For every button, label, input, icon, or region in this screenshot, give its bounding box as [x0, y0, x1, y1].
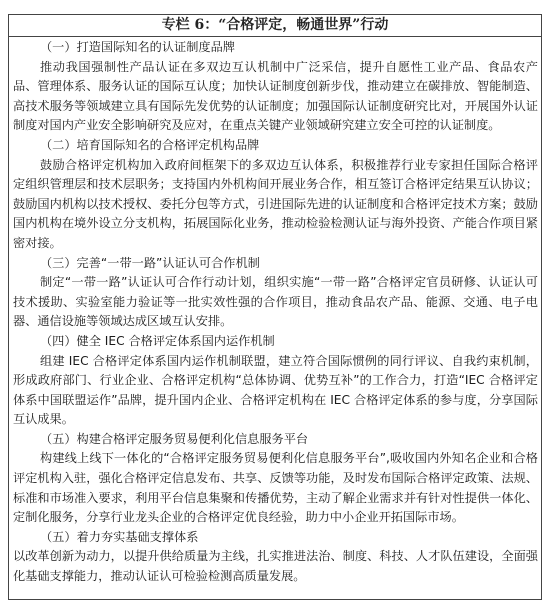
section-body-5: 构建线上线下一体化的“合格评定服务贸易便利化信息服务平台”,吸收国内外知名企业和… [13, 449, 538, 527]
section-body-3: 制定“一带一路”认证认可合作行动计划，组织实施“一带一路”合格评定官员研修、认证… [13, 273, 538, 332]
section-heading-6: （五）着力夯实基础支撑体系 [13, 528, 538, 548]
section-heading-1: （一）打造国际知名的认证制度品牌 [13, 38, 538, 58]
section-heading-2: （二）培育国际知名的合格评定机构品牌 [13, 136, 538, 156]
column-title: 专栏 6：“合格评定，畅通世界”行动 [9, 15, 541, 37]
section-body-1: 推动我国强制性产品认证在多双边互认机制中广泛采信，提升自愿性工业产品、食品农产品… [13, 58, 538, 136]
section-body-6: 以改革创新为动力，以提升供给质量为主线，扎实推进法治、制度、科技、人才队伍建设，… [13, 547, 538, 586]
section-body-4: 组建 IEC 合格评定体系国内运作机制联盟，建立符合国际惯例的同行评议、自我约束… [13, 352, 538, 430]
section-body-2: 鼓励合格评定机构加入政府间框架下的多双边互认体系，积极推荐行业专家担任国际合格评… [13, 156, 538, 254]
column-box: 专栏 6：“合格评定，畅通世界”行动 （一）打造国际知名的认证制度品牌 推动我国… [8, 14, 542, 600]
section-heading-3: （三）完善“一带一路”认证认可合作机制 [13, 254, 538, 274]
section-heading-5: （五）构建合格评定服务贸易便利化信息服务平台 [13, 430, 538, 450]
column-content: （一）打造国际知名的认证制度品牌 推动我国强制性产品认证在多双边互认机制中广泛采… [9, 37, 541, 587]
section-heading-4: （四）健全 IEC 合格评定体系国内运作机制 [13, 332, 538, 352]
